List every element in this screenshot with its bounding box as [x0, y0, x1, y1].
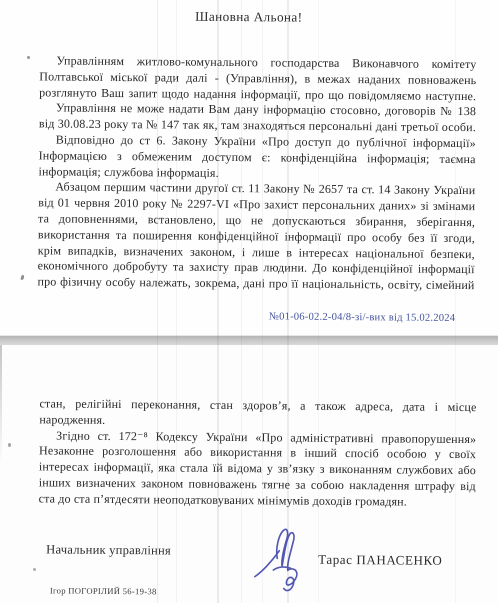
page2-paragraphs: стан, релігійні переконання, стан здоров… — [39, 396, 477, 510]
paragraph: стан, релігійні переконання, стан здоров… — [39, 396, 476, 431]
paragraph: Абзацом першим частини другої ст. 11 Зак… — [37, 180, 475, 294]
scan-edge-shadow — [0, 345, 2, 465]
page2-content: стан, релігійні переконання, стан здоров… — [0, 345, 498, 349]
greeting: Шановна Альона! — [0, 7, 498, 27]
position-title: Начальник управління — [46, 542, 171, 558]
paragraph: Відповідно до ст 6. Закону України «Про … — [38, 132, 475, 183]
signature-main-stroke — [276, 529, 297, 590]
text-line: про фізичну особу належать, зокрема, дан… — [37, 274, 474, 294]
signer-name: Тарас ПАНАСЕНКО — [318, 552, 442, 569]
page-break-divider — [0, 335, 498, 345]
signature-slash-stroke — [255, 551, 279, 577]
reference-number: №01-06-02.2-04/8-зі/-вих від 15.02.2024 — [269, 311, 456, 324]
letter-page-2: стан, релігійні переконання, стан здоров… — [0, 345, 498, 603]
scanned-letter: Шановна Альона! Управлінням житлово-кому… — [0, 0, 498, 603]
page1-paragraphs: Управлінням житлово-комунального господа… — [37, 53, 476, 294]
paragraph: Управлінням житлово-комунального господа… — [39, 53, 476, 104]
paragraph: Управління не може надати Вам дану інфор… — [39, 101, 476, 136]
paragraph: Згідно ст. 172⁻⁸ Кодексу України «Про ад… — [39, 428, 477, 511]
handwritten-signature-icon — [252, 523, 311, 596]
executor-contact: Ігор ПОГОРІЛИЙ 56-19-38 — [50, 585, 157, 596]
letter-page-1: Шановна Альона! Управлінням житлово-кому… — [0, 0, 498, 335]
page1-content: Шановна Альона! Управлінням житлово-кому… — [0, 0, 498, 4]
